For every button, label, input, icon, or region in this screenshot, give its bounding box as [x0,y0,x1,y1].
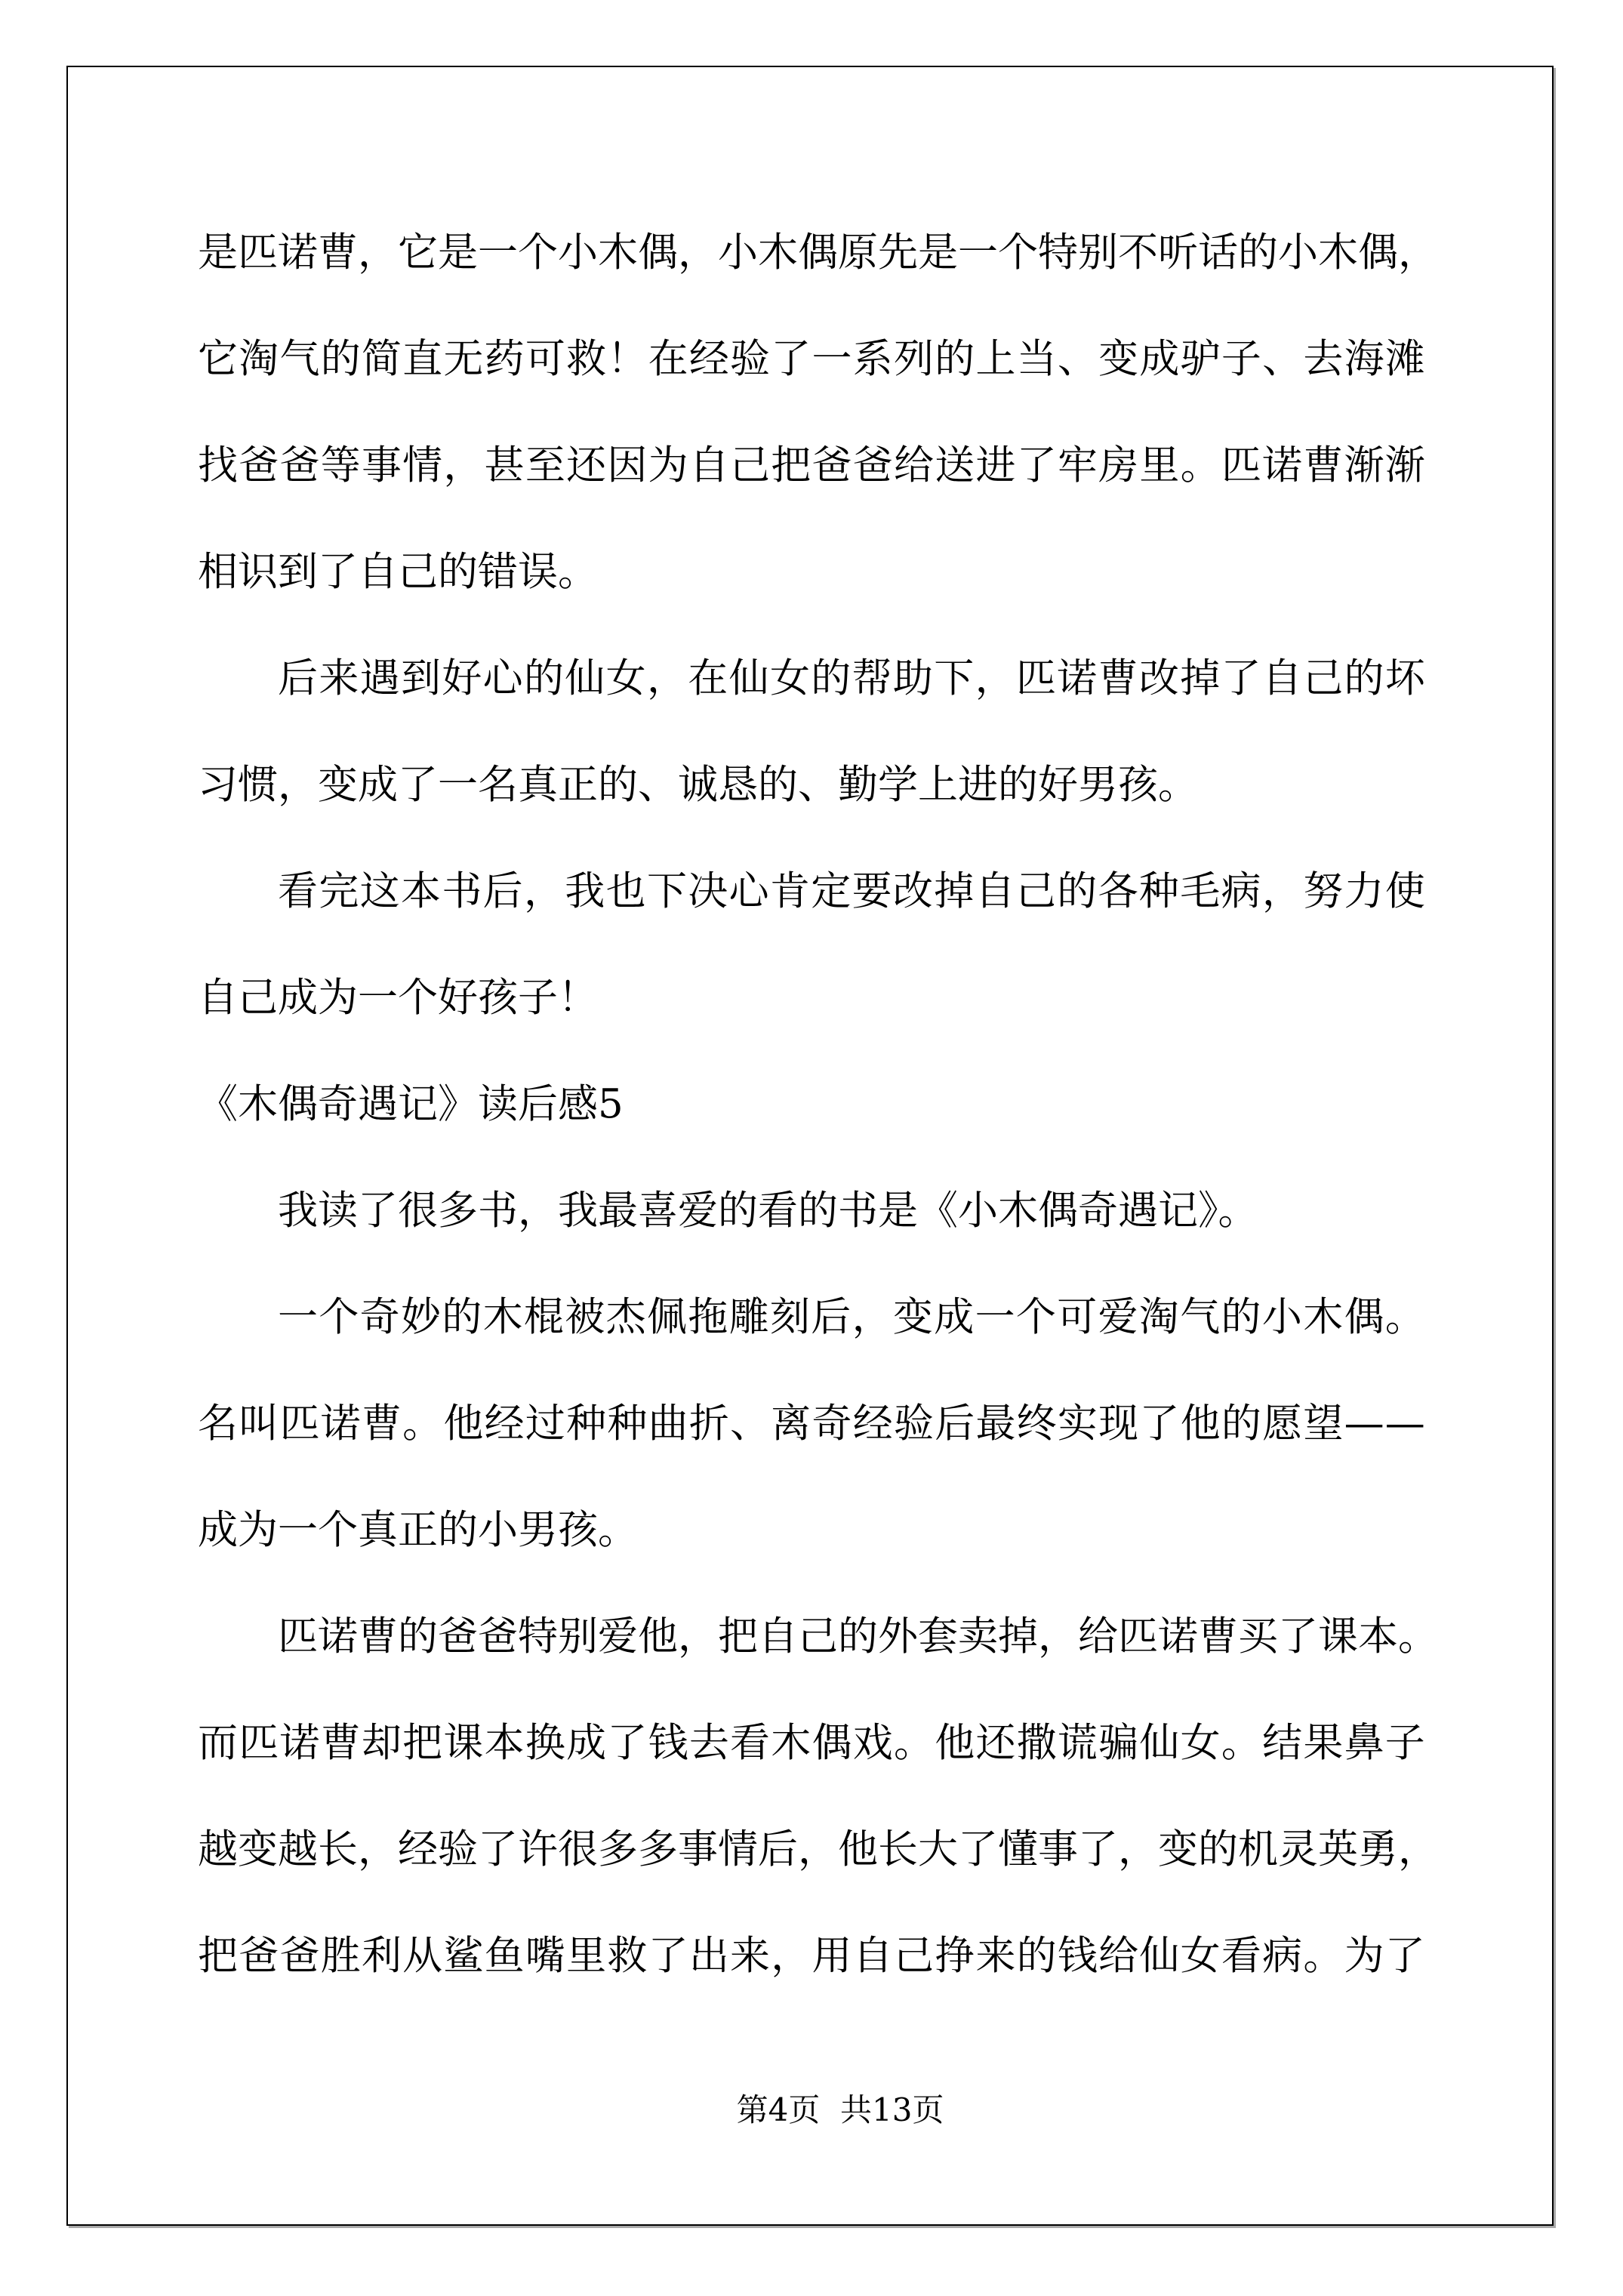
text-line: 匹诺曹的爸爸特别爱他，把自己的外套卖掉，给匹诺曹买了课本。 [198,1583,1425,1690]
text-line: 看完这本书后，我也下决心肯定要改掉自己的各种毛病，努力使 [198,838,1425,945]
text-line: 名叫匹诺曹。他经过种种曲折、离奇经验后最终实现了他的愿望—— [198,1370,1425,1477]
text-line: 成为一个真正的小男孩。 [198,1477,1425,1583]
text-line: 后来遇到好心的仙女，在仙女的帮助下，匹诺曹改掉了自己的坏 [198,625,1425,732]
text-line: 是匹诺曹，它是一个小木偶，小木偶原先是一个特别不听话的小木偶， [198,199,1425,306]
page-border-frame: 是匹诺曹，它是一个小木偶，小木偶原先是一个特别不听话的小木偶， 它淘气的简直无药… [66,66,1554,2226]
text-line: 习惯，变成了一名真正的、诚恳的、勤学上进的好男孩。 [198,732,1425,838]
page-number-text: 第4页 共13页 [737,2091,944,2128]
text-line: 而匹诺曹却把课本换成了钱去看木偶戏。他还撒谎骗仙女。结果鼻子 [198,1690,1425,1796]
text-line: 找爸爸等事情，甚至还因为自己把爸爸给送进了牢房里。匹诺曹渐渐 [198,412,1425,519]
text-line: 越变越长，经验了许很多多事情后，他长大了懂事了，变的机灵英勇， [198,1796,1425,1903]
document-page: 是匹诺曹，它是一个小木偶，小木偶原先是一个特别不听话的小木偶， 它淘气的简直无药… [0,0,1623,2296]
page-footer: 第4页 共13页 [68,2054,1552,2167]
text-line: 相识到了自己的错误。 [198,519,1425,625]
text-line: 它淘气的简直无药可救！在经验了一系列的上当、变成驴子、去海滩 [198,306,1425,412]
text-line: 一个奇妙的木棍被杰佩拖雕刻后，变成一个可爱淘气的小木偶。 [198,1264,1425,1370]
section-heading: 《木偶奇遇记》读后感5 [198,1051,1425,1157]
text-line: 把爸爸胜利从鲨鱼嘴里救了出来，用自己挣来的钱给仙女看病。为了 [198,1903,1425,2009]
text-line: 自己成为一个好孩子！ [198,945,1425,1051]
text-line: 我读了很多书，我最喜爱的看的书是《小木偶奇遇记》。 [198,1157,1425,1264]
document-body: 是匹诺曹，它是一个小木偶，小木偶原先是一个特别不听话的小木偶， 它淘气的简直无药… [198,199,1425,2009]
